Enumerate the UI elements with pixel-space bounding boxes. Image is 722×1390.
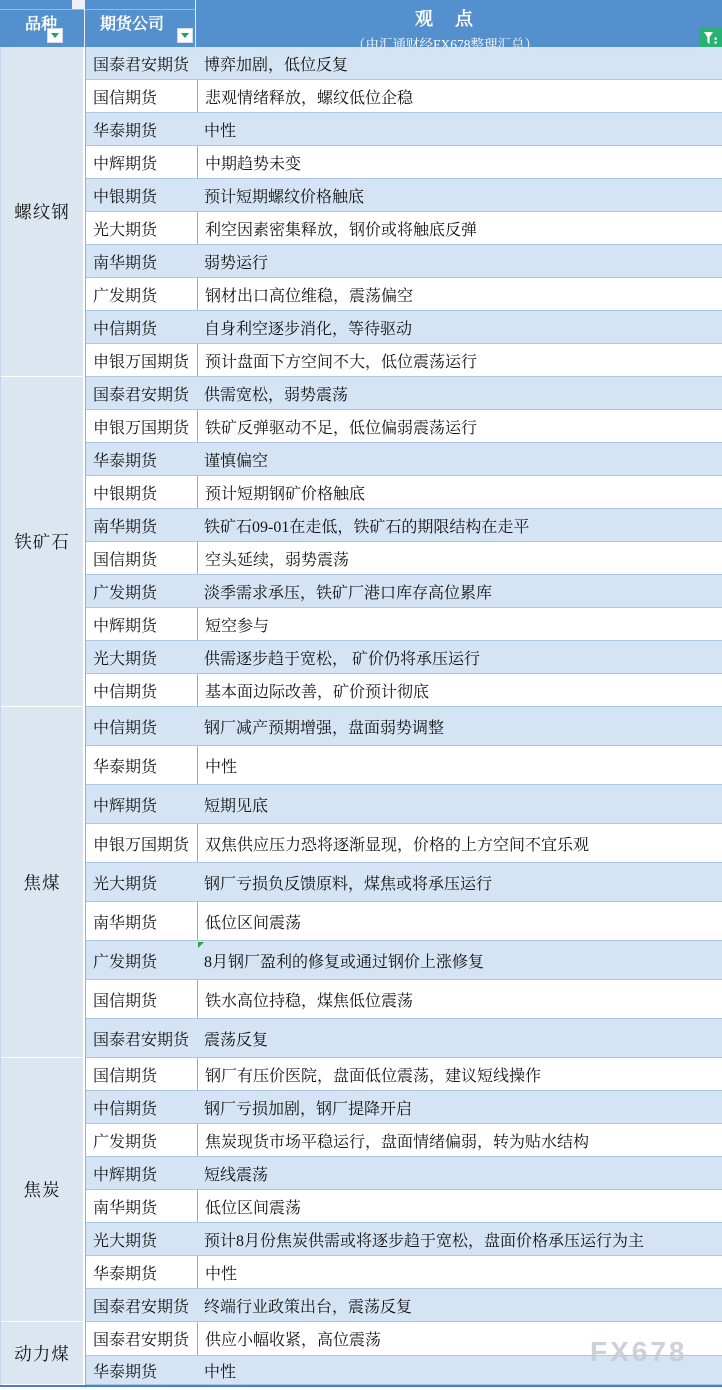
viewpoint-cell[interactable]: 中性 [197, 746, 722, 784]
viewpoint-text: 空头延续，弱势震荡 [205, 547, 349, 570]
viewpoint-text: 中性 [205, 754, 237, 777]
table-row: 中信期货钢厂亏损加剧，钢厂提降开启 [86, 1091, 722, 1124]
variety-label: 螺纹钢 [14, 199, 70, 224]
viewpoint-text: 双焦供应压力恐将逐渐显现，价格的上方空间不宜乐观 [205, 832, 589, 855]
viewpoint-cell[interactable]: 悲观情绪释放，螺纹低位企稳 [197, 80, 722, 112]
company-cell[interactable]: 光大期货 [86, 863, 197, 901]
viewpoint-text: 低位区间震荡 [205, 1195, 301, 1218]
header-artifact [72, 0, 84, 9]
viewpoint-text: 谨慎偏空 [204, 448, 268, 471]
company-cell[interactable]: 国信期货 [86, 1058, 197, 1090]
company-cell[interactable]: 广发期货 [86, 278, 197, 310]
table-row: 申银万国期货双焦供应压力恐将逐渐显现，价格的上方空间不宜乐观 [86, 824, 722, 863]
company-cell[interactable]: 申银万国期货 [86, 410, 197, 442]
commodity-section: 焦煤中信期货钢厂减产预期增强，盘面弱势调整华泰期货中性中辉期货短期见底申银万国期… [1, 707, 722, 1058]
table-row: 国泰君安期货博弈加剧，低位反复 [86, 47, 722, 80]
viewpoint-cell[interactable]: 低位区间震荡 [197, 902, 722, 940]
company-cell[interactable]: 国信期货 [86, 80, 197, 112]
viewpoint-cell[interactable]: 中期趋势未变 [197, 146, 722, 178]
viewpoint-text: 中性 [204, 1359, 236, 1382]
table-row: 广发期货钢材出口高位维稳，震荡偏空 [86, 278, 722, 311]
viewpoint-cell[interactable]: 谨慎偏空 [197, 443, 722, 475]
viewpoint-cell[interactable]: 博弈加剧，低位反复 [197, 47, 722, 79]
viewpoint-cell[interactable]: 预计盘面下方空间不大，低位震荡运行 [197, 344, 722, 376]
company-cell[interactable]: 中辉期货 [86, 608, 197, 640]
viewpoint-cell[interactable]: 8月钢厂盈利的修复或通过钢价上涨修复 [197, 941, 722, 979]
viewpoint-cell[interactable]: 铁矿反弹驱动不足，低位偏弱震荡运行 [197, 410, 722, 442]
table-row: 华泰期货中性 [86, 746, 722, 785]
section-rows: 国泰君安期货供需宽松，弱势震荡申银万国期货铁矿反弹驱动不足，低位偏弱震荡运行华泰… [85, 377, 722, 707]
viewpoint-cell[interactable]: 弱势运行 [197, 245, 722, 277]
company-cell[interactable]: 中辉期货 [86, 1157, 197, 1189]
company-cell[interactable]: 申银万国期货 [86, 344, 197, 376]
viewpoint-cell[interactable]: 铁水高位持稳，煤焦低位震荡 [197, 980, 722, 1018]
viewpoint-text: 供需宽松，弱势震荡 [204, 382, 348, 405]
viewpoint-cell[interactable]: 供应小幅收紧，高位震荡 [197, 1322, 722, 1355]
company-cell[interactable]: 华泰期货 [86, 113, 197, 145]
commodity-section: 铁矿石国泰君安期货供需宽松，弱势震荡申银万国期货铁矿反弹驱动不足，低位偏弱震荡运… [1, 377, 722, 707]
viewpoint-text: 中性 [204, 118, 236, 141]
company-cell[interactable]: 国泰君安期货 [86, 1019, 197, 1057]
viewpoint-cell[interactable]: 低位区间震荡 [197, 1190, 722, 1222]
table-row: 国信期货铁水高位持稳，煤焦低位震荡 [86, 980, 722, 1019]
viewpoint-cell[interactable]: 中性 [197, 1356, 722, 1384]
viewpoint-title: 观 点 [195, 5, 695, 31]
table-row: 中信期货基本面边际改善，矿价预计彻底 [86, 674, 722, 707]
viewpoint-cell[interactable]: 钢材出口高位维稳，震荡偏空 [197, 278, 722, 310]
viewpoint-text: 中期趋势未变 [205, 151, 301, 174]
section-rows: 国泰君安期货博弈加剧，低位反复国信期货悲观情绪释放，螺纹低位企稳华泰期货中性中辉… [85, 47, 722, 377]
viewpoint-cell[interactable]: 中性 [197, 1256, 722, 1288]
table-row: 华泰期货谨慎偏空 [86, 443, 722, 476]
viewpoint-cell[interactable]: 短期见底 [197, 785, 722, 823]
company-cell[interactable]: 广发期货 [86, 941, 197, 979]
table-row: 国信期货空头延续，弱势震荡 [86, 542, 722, 575]
viewpoint-cell[interactable]: 淡季需求承压，铁矿厂港口库存高位累库 [197, 575, 722, 607]
viewpoint-cell[interactable]: 钢厂亏损加剧，钢厂提降开启 [197, 1091, 722, 1123]
viewpoint-cell[interactable]: 基本面边际改善，矿价预计彻底 [197, 674, 722, 706]
viewpoint-text: 铁水高位持稳，煤焦低位震荡 [205, 988, 413, 1011]
viewpoint-text: 终端行业政策出台，震荡反复 [204, 1294, 412, 1317]
variety-label: 动力煤 [14, 1341, 70, 1366]
viewpoint-text: 8月钢厂盈利的修复或通过钢价上涨修复 [204, 949, 484, 972]
viewpoint-text: 供需逐步趋于宽松， 矿价仍将承压运行 [204, 646, 480, 669]
viewpoint-cell[interactable]: 供需逐步趋于宽松， 矿价仍将承压运行 [197, 641, 722, 673]
commodity-section: 焦炭国信期货钢厂有压价医院，盘面低位震荡，建议短线操作中信期货钢厂亏损加剧，钢厂… [1, 1058, 722, 1322]
company-filter-dropdown[interactable] [177, 28, 193, 43]
table-row: 光大期货利空因素密集释放，钢价或将触底反弹 [86, 212, 722, 245]
viewpoint-cell[interactable]: 震荡反复 [197, 1019, 722, 1057]
chevron-down-icon [51, 33, 59, 38]
company-cell[interactable]: 中信期货 [86, 1091, 197, 1123]
company-cell[interactable]: 中信期货 [86, 311, 197, 343]
company-cell[interactable]: 南华期货 [86, 1190, 197, 1222]
commodity-section: 螺纹钢国泰君安期货博弈加剧，低位反复国信期货悲观情绪释放，螺纹低位企稳华泰期货中… [1, 47, 722, 377]
company-cell[interactable]: 国泰君安期货 [86, 1322, 197, 1355]
viewpoint-text: 钢厂减产预期增强，盘面弱势调整 [204, 715, 444, 738]
company-cell[interactable]: 中辉期货 [86, 146, 197, 178]
table-row: 中辉期货短空参与 [86, 608, 722, 641]
viewpoint-text: 铁矿石09-01在走低，铁矿石的期限结构在走平 [204, 514, 529, 537]
viewpoint-text: 中性 [205, 1261, 237, 1284]
viewpoint-text: 短空参与 [205, 613, 269, 636]
table-row: 国信期货悲观情绪释放，螺纹低位企稳 [86, 80, 722, 113]
header-divider [0, 9, 196, 10]
table-row: 国泰君安期货供应小幅收紧，高位震荡 [86, 1322, 722, 1356]
company-cell[interactable]: 华泰期货 [86, 443, 197, 475]
table-row: 申银万国期货预计盘面下方空间不大，低位震荡运行 [86, 344, 722, 377]
viewpoint-cell[interactable]: 终端行业政策出台，震荡反复 [197, 1289, 722, 1321]
viewpoint-text: 短线震荡 [204, 1162, 268, 1185]
table-row: 中辉期货中期趋势未变 [86, 146, 722, 179]
table-row: 中辉期货短期见底 [86, 785, 722, 824]
viewpoint-cell[interactable]: 焦炭现货市场平稳运行，盘面情绪偏弱，转为贴水结构 [197, 1124, 722, 1156]
viewpoint-text: 铁矿反弹驱动不足，低位偏弱震荡运行 [205, 415, 477, 438]
table-row: 广发期货焦炭现货市场平稳运行，盘面情绪偏弱，转为贴水结构 [86, 1124, 722, 1157]
viewpoint-text: 预计短期螺纹价格触底 [204, 184, 364, 207]
company-cell[interactable]: 中银期货 [86, 179, 197, 211]
table-row: 国泰君安期货供需宽松，弱势震荡 [86, 377, 722, 410]
table-body: 螺纹钢国泰君安期货博弈加剧，低位反复国信期货悲观情绪释放，螺纹低位企稳华泰期货中… [0, 47, 722, 1385]
viewpoint-text: 钢厂亏损加剧，钢厂提降开启 [204, 1096, 412, 1119]
company-cell[interactable]: 南华期货 [86, 509, 197, 541]
company-cell[interactable]: 华泰期货 [86, 1356, 197, 1384]
company-cell[interactable]: 国信期货 [86, 542, 197, 574]
viewpoint-cell[interactable]: 预计短期螺纹价格触底 [197, 179, 722, 211]
table-row: 光大期货供需逐步趋于宽松， 矿价仍将承压运行 [86, 641, 722, 674]
table-bottom-border [0, 1385, 722, 1387]
viewpoint-text: 钢材出口高位维稳，震荡偏空 [205, 283, 413, 306]
table-row: 广发期货淡季需求承压，铁矿厂港口库存高位累库 [86, 575, 722, 608]
variety-label: 焦煤 [24, 870, 61, 895]
variety-filter-dropdown[interactable] [47, 28, 63, 43]
viewpoint-cell[interactable]: 钢厂亏损负反馈原料，煤焦或将承压运行 [197, 863, 722, 901]
header-column-divider [84, 0, 85, 47]
viewpoint-text: 钢厂有压价医院，盘面低位震荡，建议短线操作 [205, 1063, 541, 1086]
viewpoint-cell[interactable]: 中性 [197, 113, 722, 145]
table-row: 中信期货自身利空逐步消化，等待驱动 [86, 311, 722, 344]
table-row: 中银期货预计短期螺纹价格触底 [86, 179, 722, 212]
company-cell[interactable]: 中信期货 [86, 707, 197, 745]
chevron-down-icon [181, 33, 189, 38]
variety-label: 焦炭 [24, 1177, 61, 1202]
variety-cell[interactable]: 螺纹钢 [1, 47, 85, 377]
table-row: 南华期货低位区间震荡 [86, 1190, 722, 1223]
viewpoint-text: 博弈加剧，低位反复 [204, 52, 348, 75]
company-cell[interactable]: 国信期货 [86, 980, 197, 1018]
viewpoint-text: 焦炭现货市场平稳运行，盘面情绪偏弱，转为贴水结构 [205, 1129, 589, 1152]
viewpoint-cell[interactable]: 短线震荡 [197, 1157, 722, 1189]
viewpoint-cell[interactable]: 空头延续，弱势震荡 [197, 542, 722, 574]
section-rows: 中信期货钢厂减产预期增强，盘面弱势调整华泰期货中性中辉期货短期见底申银万国期货双… [85, 707, 722, 1058]
viewpoint-text: 预计短期钢矿价格触底 [205, 481, 365, 504]
table-row: 华泰期货中性 [86, 1256, 722, 1289]
number-as-text-marker-icon [198, 942, 204, 948]
company-cell[interactable]: 南华期货 [86, 245, 197, 277]
table-row: 华泰期货中性 [86, 113, 722, 146]
table-row: 南华期货低位区间震荡 [86, 902, 722, 941]
viewpoint-text: 预计8月份焦炭供需或将逐步趋于宽松，盘面价格承压运行为主 [204, 1228, 644, 1251]
company-cell[interactable]: 光大期货 [86, 1223, 197, 1255]
table-row: 南华期货弱势运行 [86, 245, 722, 278]
viewpoint-text: 悲观情绪释放，螺纹低位企稳 [205, 85, 413, 108]
viewpoint-text: 短期见底 [204, 793, 268, 816]
company-cell[interactable]: 中银期货 [86, 476, 197, 508]
company-cell[interactable]: 中辉期货 [86, 785, 197, 823]
table-row: 中银期货预计短期钢矿价格触底 [86, 476, 722, 509]
variety-label: 铁矿石 [14, 529, 70, 554]
company-cell[interactable]: 广发期货 [86, 1124, 197, 1156]
viewpoint-cell[interactable]: 预计短期钢矿价格触底 [197, 476, 722, 508]
company-cell[interactable]: 华泰期货 [86, 1256, 197, 1288]
table-row: 国信期货钢厂有压价医院，盘面低位震荡，建议短线操作 [86, 1058, 722, 1091]
viewpoint-column-header: 观 点 （由汇通财经FX678整理汇总） [195, 0, 695, 47]
variety-cell[interactable]: 焦煤 [1, 707, 85, 1058]
company-cell[interactable]: 光大期货 [86, 212, 197, 244]
company-cell[interactable]: 国泰君安期货 [86, 377, 197, 409]
table-row: 华泰期货中性 [86, 1356, 722, 1385]
viewpoint-cell[interactable]: 双焦供应压力恐将逐渐显现，价格的上方空间不宜乐观 [197, 824, 722, 862]
variety-cell[interactable]: 动力煤 [1, 1322, 85, 1385]
table-row: 光大期货预计8月份焦炭供需或将逐步趋于宽松，盘面价格承压运行为主 [86, 1223, 722, 1256]
viewpoint-text: 钢厂亏损负反馈原料，煤焦或将承压运行 [204, 871, 492, 894]
viewpoint-text: 供应小幅收紧，高位震荡 [205, 1327, 381, 1350]
viewpoint-text: 弱势运行 [204, 250, 268, 273]
table-header: 品种 期货公司 观 点 （由汇通财经FX678整理汇总） [0, 0, 722, 47]
table-row: 广发期货8月钢厂盈利的修复或通过钢价上涨修复 [86, 941, 722, 980]
table-row: 国泰君安期货震荡反复 [86, 1019, 722, 1058]
viewpoint-text: 利空因素密集释放，钢价或将触底反弹 [205, 217, 477, 240]
viewpoint-cell[interactable]: 自身利空逐步消化，等待驱动 [197, 311, 722, 343]
viewpoint-cell[interactable]: 短空参与 [197, 608, 722, 640]
variety-cell[interactable]: 焦炭 [1, 1058, 85, 1322]
company-cell[interactable]: 申银万国期货 [86, 824, 197, 862]
viewpoint-cell[interactable]: 钢厂有压价医院，盘面低位震荡，建议短线操作 [197, 1058, 722, 1090]
company-cell[interactable]: 华泰期货 [86, 746, 197, 784]
viewpoint-text: 淡季需求承压，铁矿厂港口库存高位累库 [204, 580, 492, 603]
company-cell[interactable]: 中信期货 [86, 674, 197, 706]
commodity-section: 动力煤国泰君安期货供应小幅收紧，高位震荡华泰期货中性 [1, 1322, 722, 1385]
company-cell[interactable]: 广发期货 [86, 575, 197, 607]
section-rows: 国信期货钢厂有压价医院，盘面低位震荡，建议短线操作中信期货钢厂亏损加剧，钢厂提降… [85, 1058, 722, 1322]
viewpoint-text: 基本面边际改善，矿价预计彻底 [205, 679, 429, 702]
table-row: 国泰君安期货终端行业政策出台，震荡反复 [86, 1289, 722, 1322]
company-column-header: 期货公司 [100, 11, 164, 34]
viewpoint-cell[interactable]: 铁矿石09-01在走低，铁矿石的期限结构在走平 [197, 509, 722, 541]
viewpoint-text: 低位区间震荡 [205, 910, 301, 933]
company-cell[interactable]: 国泰君安期货 [86, 47, 197, 79]
viewpoint-text: 自身利空逐步消化，等待驱动 [204, 316, 412, 339]
viewpoint-cell[interactable]: 预计8月份焦炭供需或将逐步趋于宽松，盘面价格承压运行为主 [197, 1223, 722, 1255]
table-row: 光大期货钢厂亏损负反馈原料，煤焦或将承压运行 [86, 863, 722, 902]
viewpoint-cell[interactable]: 钢厂减产预期增强，盘面弱势调整 [197, 707, 722, 745]
section-rows: 国泰君安期货供应小幅收紧，高位震荡华泰期货中性 [85, 1322, 722, 1385]
viewpoint-cell[interactable]: 利空因素密集释放，钢价或将触底反弹 [197, 212, 722, 244]
company-cell[interactable]: 国泰君安期货 [86, 1289, 197, 1321]
table-row: 申银万国期货铁矿反弹驱动不足，低位偏弱震荡运行 [86, 410, 722, 443]
viewpoint-text: 预计盘面下方空间不大，低位震荡运行 [205, 349, 477, 372]
filter-funnel-icon [703, 31, 718, 46]
variety-cell[interactable]: 铁矿石 [1, 377, 85, 707]
viewpoint-text: 震荡反复 [204, 1027, 268, 1050]
futures-opinion-table: 品种 期货公司 观 点 （由汇通财经FX678整理汇总） 螺纹钢国泰君安期货博弈… [0, 0, 722, 1390]
table-row: 南华期货铁矿石09-01在走低，铁矿石的期限结构在走平 [86, 509, 722, 542]
table-row: 中信期货钢厂减产预期增强，盘面弱势调整 [86, 707, 722, 746]
company-cell[interactable]: 南华期货 [86, 902, 197, 940]
company-cell[interactable]: 光大期货 [86, 641, 197, 673]
viewpoint-cell[interactable]: 供需宽松，弱势震荡 [197, 377, 722, 409]
table-row: 中辉期货短线震荡 [86, 1157, 722, 1190]
